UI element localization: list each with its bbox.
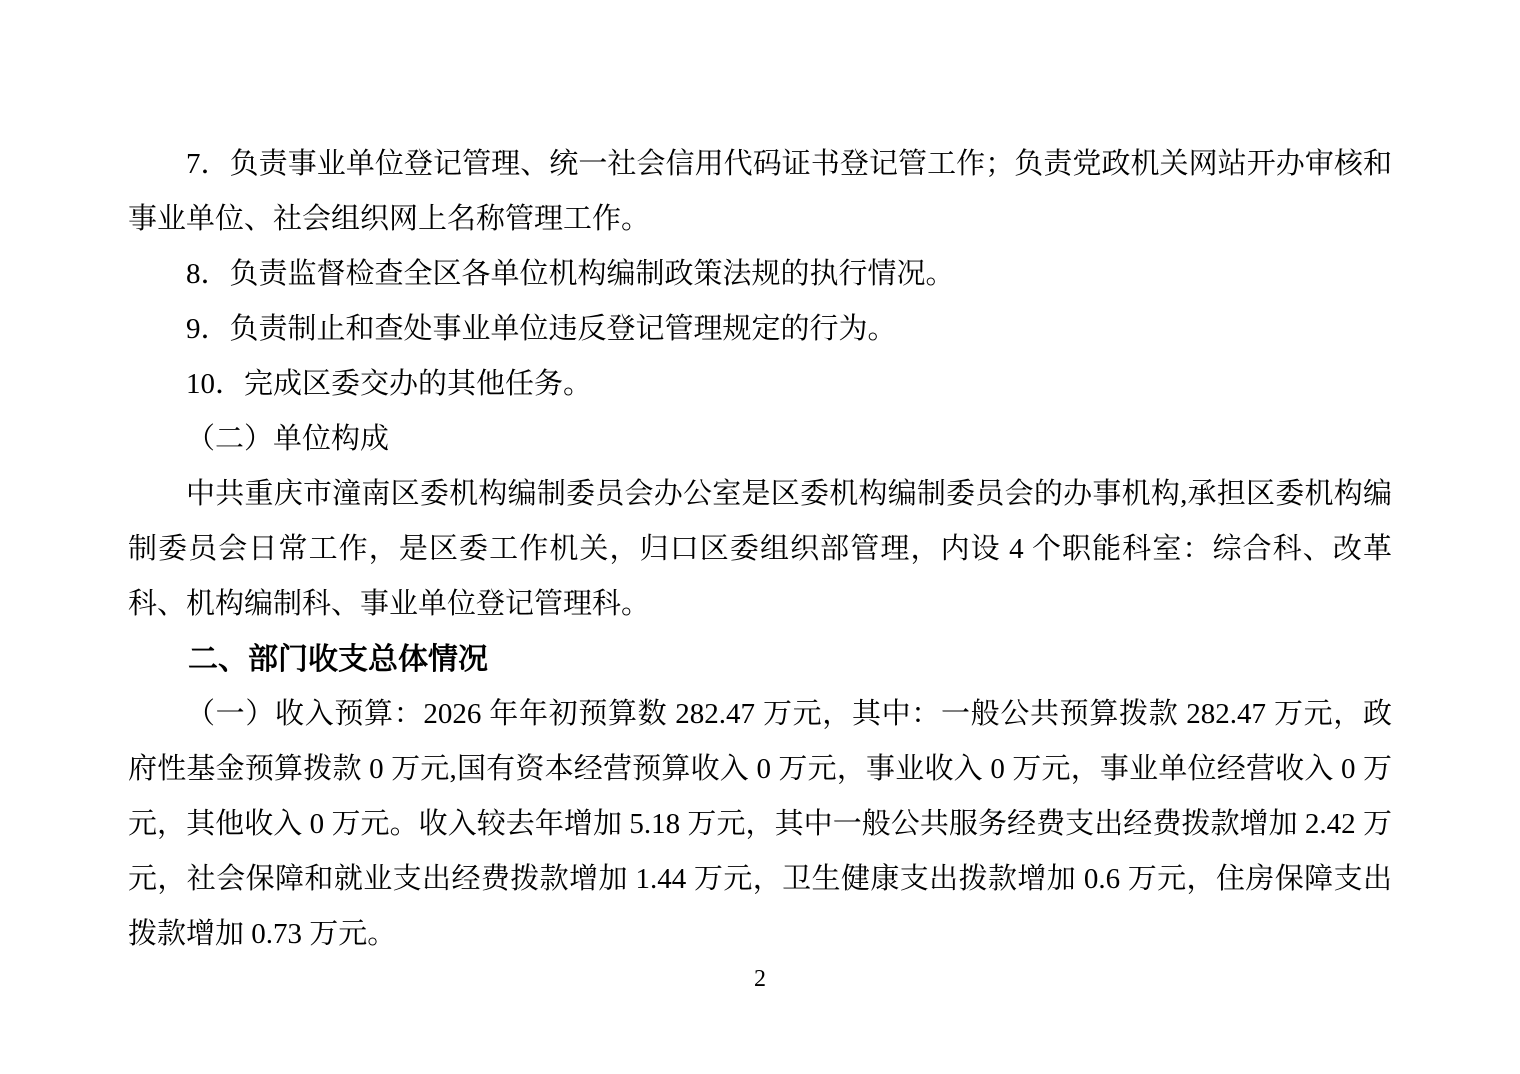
heading-budget-overview: 二、部门收支总体情况	[128, 632, 1392, 687]
para-duty-10: 10．完成区委交办的其他任务。	[128, 357, 1392, 412]
page-footer: 2	[0, 963, 1520, 995]
para-income-budget: （一）收入预算：2026 年年初预算数 282.47 万元，其中：一般公共预算拨…	[128, 687, 1392, 962]
para-unit-composition: 中共重庆市潼南区委机构编制委员会办公室是区委机构编制委员会的办事机构,承担区委机…	[128, 467, 1392, 632]
para-duty-9: 9．负责制止和查处事业单位违反登记管理规定的行为。	[128, 302, 1392, 357]
document-page: { "document": { "background_color": "#ff…	[0, 0, 1520, 1074]
subheading-unit-composition: （二）单位构成	[128, 412, 1392, 467]
para-duty-7: 7．负责事业单位登记管理、统一社会信用代码证书登记管工作；负责党政机关网站开办审…	[128, 137, 1392, 247]
page-number: 2	[754, 966, 766, 992]
page-content: 7．负责事业单位登记管理、统一社会信用代码证书登记管工作；负责党政机关网站开办审…	[128, 137, 1392, 962]
para-duty-8: 8．负责监督检查全区各单位机构编制政策法规的执行情况。	[128, 247, 1392, 302]
